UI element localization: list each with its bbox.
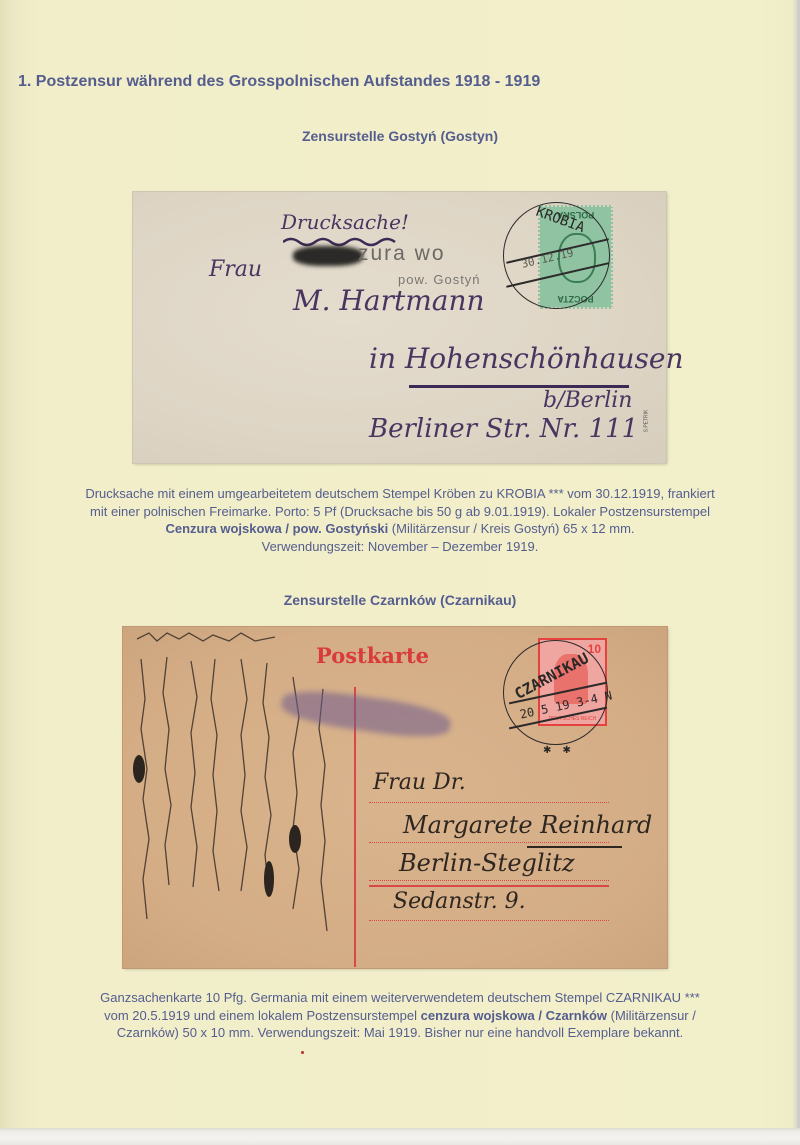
censor-stamp-name: cenzura wojskowa / Czarnków: [421, 1008, 607, 1023]
name-underline: [527, 846, 622, 848]
desc-text: (Militärzensur /: [607, 1008, 696, 1023]
corner-print: S.PETRIK: [643, 410, 649, 433]
page-bottom-edge: [0, 1128, 800, 1145]
handwriting-street: Berliner Str. Nr. 111: [369, 414, 638, 444]
address-line: [369, 802, 609, 803]
handwriting-city: Berlin-Steglitz: [399, 849, 575, 877]
handwriting-frau: Frau: [209, 257, 262, 282]
description-gostyn: Drucksache mit einem umgearbeitetem deut…: [40, 485, 760, 555]
handwritten-message: [127, 629, 352, 965]
censor-stamp-line1: zura wo: [358, 242, 446, 266]
postcard-czarnkow[interactable]: Postkarte 10 DEUTSCHES: [123, 627, 667, 968]
censor-stamp-line2: pow. Gostyń: [398, 272, 481, 287]
handwriting-city-suffix: b/Berlin: [543, 388, 632, 413]
desc-line: Cenzura wojskowa / pow. Gostyński (Milit…: [40, 520, 760, 538]
address-line-solid: [369, 885, 609, 887]
section-title-czarnkow: Zensurstelle Czarnków (Czarnikau): [0, 592, 800, 608]
handwriting-street: Sedanstr. 9.: [393, 889, 526, 914]
desc-line: Ganzsachenkarte 10 Pfg. Germania mit ein…: [40, 989, 760, 1007]
address-line: [369, 920, 609, 921]
album-page: 1. Postzensur während des Grosspolnische…: [0, 0, 797, 1128]
censor-smudge: [293, 246, 363, 266]
address-line: [369, 842, 609, 843]
handwriting-name: M. Hartmann: [293, 284, 485, 317]
handwriting-salutation: Frau Dr.: [373, 770, 466, 795]
handwriting-name: Margarete Reinhard: [403, 811, 652, 839]
handwriting-city: in Hohenschönhausen: [369, 342, 684, 375]
description-czarnkow: Ganzsachenkarte 10 Pfg. Germania mit ein…: [40, 989, 760, 1042]
desc-line: mit einer polnischen Freimarke. Porto: 5…: [40, 503, 760, 521]
cover-gostyn[interactable]: Drucksache! Frau M. Hartmann in Hohensch…: [133, 192, 666, 463]
desc-line: Drucksache mit einem umgearbeitetem deut…: [40, 485, 760, 503]
desc-line: Verwendungszeit: November – Dezember 191…: [40, 538, 760, 556]
section-title-gostyn: Zensurstelle Gostyń (Gostyn): [0, 128, 800, 144]
desc-line: vom 20.5.1919 und einem lokalem Postzens…: [40, 1007, 760, 1025]
address-line: [369, 880, 609, 881]
censor-stamp-name: Cenzura wojskowa / pow. Gostyński: [165, 521, 388, 536]
desc-line: Czarnków) 50 x 10 mm. Verwendungszeit: M…: [40, 1024, 760, 1042]
desc-text: vom 20.5.1919 und einem lokalem Postzens…: [104, 1008, 421, 1023]
red-mark: [301, 1051, 304, 1054]
page-title: 1. Postzensur während des Grosspolnische…: [18, 73, 540, 91]
handwriting-drucksache: Drucksache!: [281, 210, 409, 234]
desc-text: (Militärzensur / Kreis Gostyń) 65 x 12 m…: [388, 521, 634, 536]
